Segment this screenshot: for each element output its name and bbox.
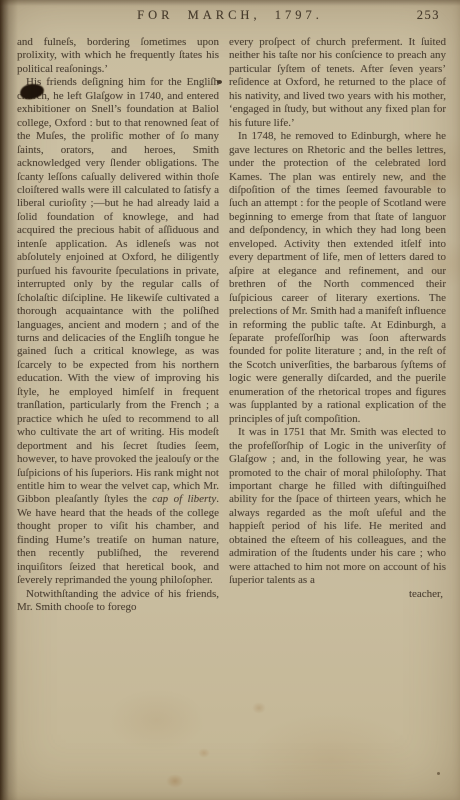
- italic-phrase: cap of liberty: [152, 493, 216, 505]
- page: FOR MARCH, 1797. 253 and fulneſs, border…: [0, 0, 460, 800]
- ink-speck: [217, 80, 222, 84]
- paragraph: In 1748, he removed to Edinburgh, where …: [229, 130, 446, 426]
- left-column: and fulneſs, bordering ſometimes upon pr…: [17, 36, 219, 800]
- header-title: FOR MARCH, 1797.: [0, 8, 460, 23]
- paragraph: Notwithſtanding the advice of his friend…: [17, 588, 219, 615]
- paragraph-text: His friends deſigning him for the Engliſ…: [17, 76, 219, 505]
- paragraph-continuation: every proſpect of church preferment. It …: [229, 36, 446, 130]
- paragraph: His friends deſigning him for the Engliſ…: [17, 76, 219, 587]
- paragraph: It was in 1751 that Mr. Smith was electe…: [229, 426, 446, 587]
- paragraph-text: . We have heard that the heads of the co…: [17, 493, 219, 586]
- scanned-book-page: { "colors": { "paper": "#cbbfa2", "ink":…: [0, 0, 460, 800]
- ink-speck: [437, 772, 440, 775]
- text-columns: and fulneſs, bordering ſometimes upon pr…: [17, 36, 446, 800]
- catchword: teacher,: [229, 588, 446, 601]
- page-left-edge-shadow: [0, 0, 18, 800]
- running-header: FOR MARCH, 1797. 253: [0, 0, 460, 30]
- page-number: 253: [417, 8, 440, 23]
- right-column: every proſpect of church preferment. It …: [229, 36, 446, 800]
- paragraph-continuation: and fulneſs, bordering ſometimes upon pr…: [17, 36, 219, 76]
